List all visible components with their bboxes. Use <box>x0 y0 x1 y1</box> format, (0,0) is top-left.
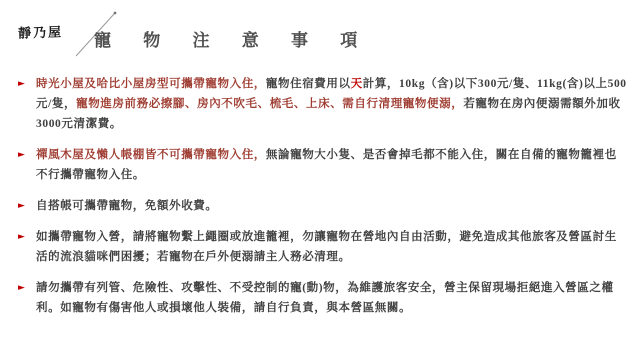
notice-item-5: ► 請勿攜帶有列管、危險性、攻擊性、不受控制的寵(動)物，為維護旅客安全，營主保… <box>18 278 628 318</box>
notice-item-2: ► 禪風木屋及懶人帳棚皆不可攜帶寵物入住，無論寵物大小隻、是否會掉毛都不能入住，… <box>18 145 628 185</box>
notice-text: 請勿攜帶有列管、危險性、攻擊性、不受控制的寵(動)物，為維護旅客安全，營主保留現… <box>36 278 628 318</box>
notice-text-segment: 自搭帳可攜帶寵物，免額外收費。 <box>36 200 218 212</box>
notice-item-4: ► 如攜帶寵物入營，請將寵物繫上繩圈或放進籠裡，勿讓寵物在營地內自由活動，避免造… <box>18 227 628 267</box>
notice-text-segment: 寵物進房前務必擦腳、房內不吹毛、梳毛、上床、需自行清理寵物便溺， <box>76 98 463 110</box>
bullet-arrow-icon: ► <box>18 227 36 247</box>
campsite-logo: 靜乃屋 <box>18 21 64 42</box>
notice-text-segment: 天 <box>351 78 363 90</box>
bullet-arrow-icon: ► <box>18 196 36 216</box>
notice-text-segment: 請勿攜帶有列管、危險性、攻擊性、不受控制的寵(動)物，為維護旅客安全，營主保留現… <box>36 282 614 314</box>
bullet-arrow-icon: ► <box>18 74 36 94</box>
notice-text: 自搭帳可攜帶寵物，免額外收費。 <box>36 196 628 216</box>
notice-list: ► 時光小屋及哈比小屋房型可攜帶寵物入住，寵物住宿費用以天計算，10kg（含)以… <box>18 74 628 329</box>
pet-notice-slide: 靜乃屋 寵 物 注 意 事 項 ► 時光小屋及哈比小屋房型可攜帶寵物入住，寵物住… <box>0 0 640 360</box>
notice-text: 時光小屋及哈比小屋房型可攜帶寵物入住，寵物住宿費用以天計算，10kg（含)以下3… <box>36 74 628 134</box>
notice-text: 如攜帶寵物入營，請將寵物繫上繩圈或放進籠裡，勿讓寵物在營地內自由活動，避免造成其… <box>36 227 628 267</box>
notice-item-3: ► 自搭帳可攜帶寵物，免額外收費。 <box>18 196 628 216</box>
bullet-arrow-icon: ► <box>18 145 36 165</box>
notice-text-segment: 時光小屋及哈比小屋房型可攜帶寵物入住， <box>36 78 266 90</box>
bullet-arrow-icon: ► <box>18 278 36 298</box>
notice-text-segment: 寵物住宿費用以 <box>266 78 351 90</box>
notice-text: 禪風木屋及懶人帳棚皆不可攜帶寵物入住，無論寵物大小隻、是否會掉毛都不能入住，關在… <box>36 145 628 185</box>
notice-text-segment: 禪風木屋及懶人帳棚皆不可攜帶寵物入住， <box>36 149 266 161</box>
notice-text-segment: 如攜帶寵物入營，請將寵物繫上繩圈或放進籠裡，勿讓寵物在營地內自由活動，避免造成其… <box>36 231 617 263</box>
notice-item-1: ► 時光小屋及哈比小屋房型可攜帶寵物入住，寵物住宿費用以天計算，10kg（含)以… <box>18 74 628 134</box>
page-title: 寵 物 注 意 事 項 <box>94 26 371 51</box>
